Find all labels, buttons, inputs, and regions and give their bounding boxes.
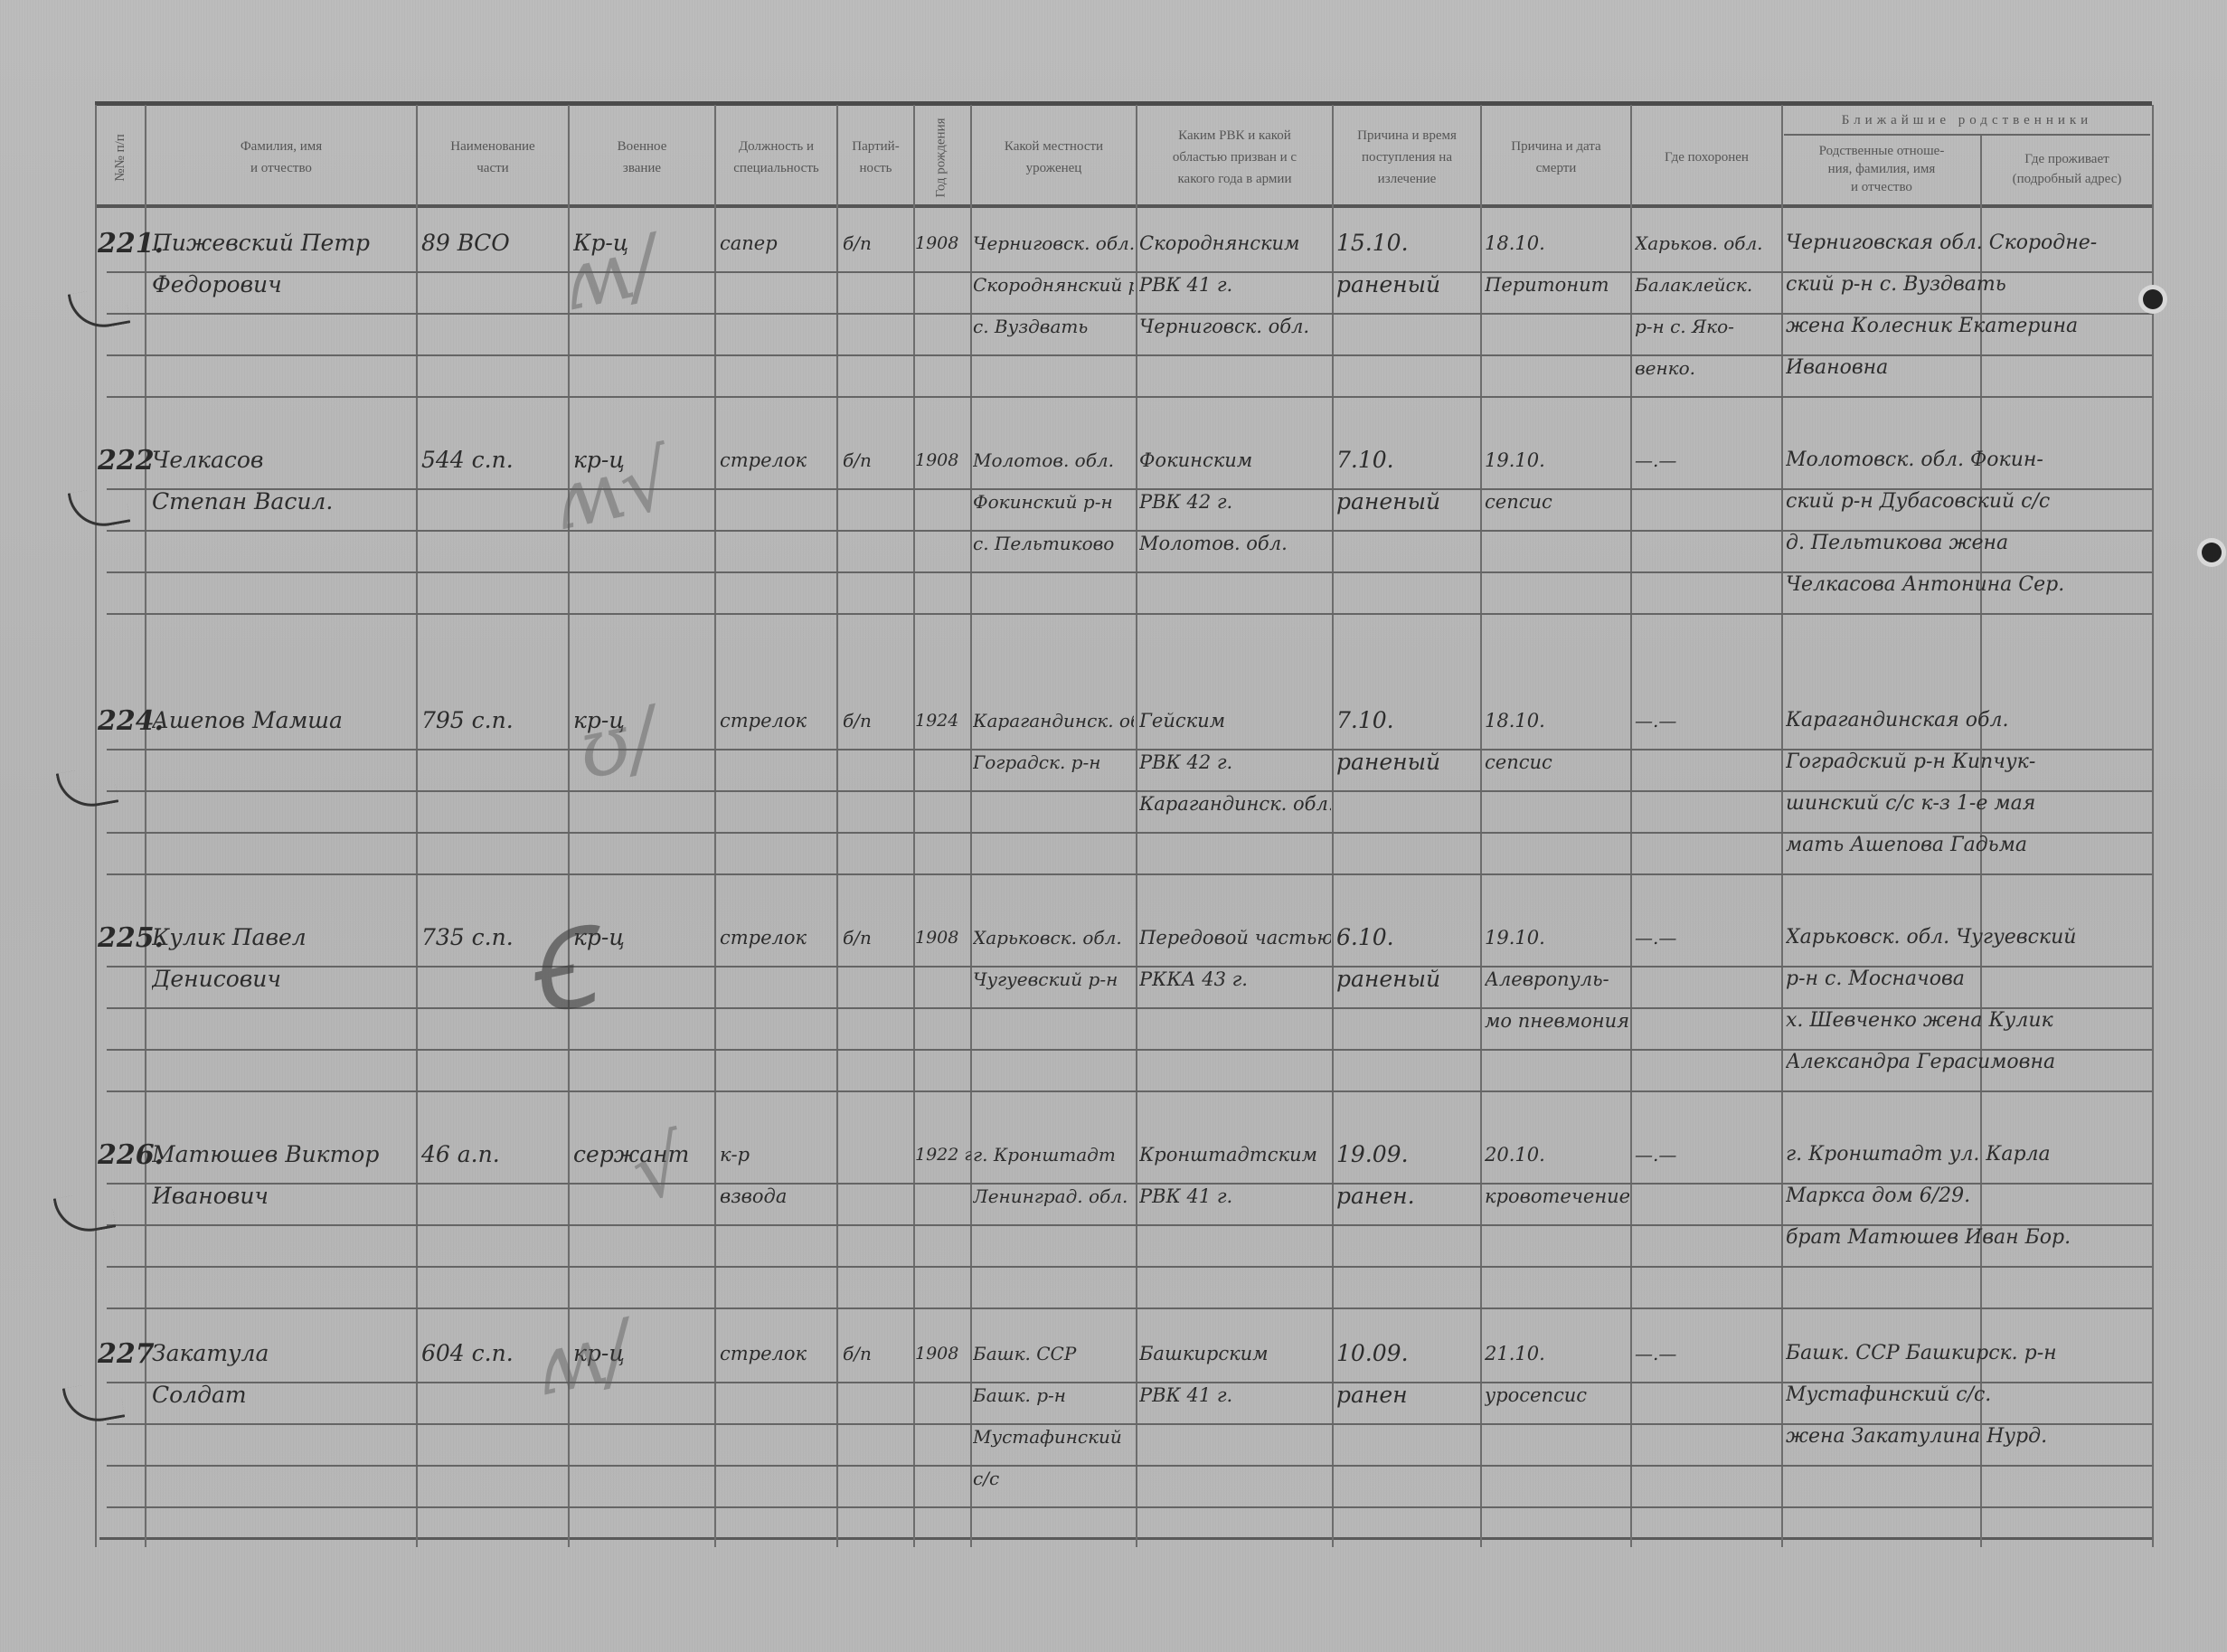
cell-buried: Харьков. обл.Балаклейск.р-н с. Яко-венко… [1635, 222, 1779, 389]
relative-text: д. Пельтикова жена [1786, 523, 2147, 564]
cell-rvk: БашкирскимРВК 41 г. [1139, 1333, 1331, 1416]
rvk-text: Кронштадтским [1139, 1134, 1331, 1175]
admission-text: ранен [1336, 1374, 1479, 1416]
cell-num: 224. [98, 705, 145, 737]
cell-relative: г. Кронштадт ул. КарлаМаркса дом 6/29.бр… [1786, 1134, 2147, 1259]
cell-death: 20.10.кровотечение [1485, 1134, 1629, 1217]
unit-text: 89 ВСО [421, 222, 566, 264]
relative-text: Мустафинский с/с. [1786, 1374, 2147, 1416]
birthplace-text: Башк. ССР [973, 1333, 1134, 1374]
birthplace-text: Башк. р-н [973, 1374, 1134, 1416]
birthplace-text: Ленинград. обл. [973, 1175, 1134, 1217]
death-text: кровотечение [1485, 1175, 1629, 1217]
rvk-text: Молотов. обл. [1139, 523, 1331, 564]
cell-num: 221. [98, 228, 145, 260]
column-divider [1781, 105, 1783, 1547]
cell-admission: 15.10.раненый [1336, 222, 1479, 306]
rvk-text: Черниговск. обл. [1139, 306, 1331, 347]
birth-year-text: 1908 [915, 439, 971, 481]
party-text: б/п [843, 700, 911, 741]
relative-text: Маркса дом 6/29. [1786, 1175, 2147, 1217]
cell-death: 18.10.сепсис [1485, 700, 1629, 783]
cell-buried: —.— [1635, 1333, 1779, 1374]
cell-buried: —.— [1635, 439, 1779, 481]
party-text: б/п [843, 439, 911, 481]
cell-admission: 19.09.ранен. [1336, 1134, 1479, 1217]
cell-position: сапер [720, 222, 835, 264]
column-divider [1480, 105, 1482, 1547]
cell-buried: —.— [1635, 1134, 1779, 1175]
cell-name: Матюшев ВикторИванович [152, 1134, 416, 1217]
document-sheet: №№ п/п Фамилия, имя и отчество Наименова… [0, 0, 2227, 1652]
pencil-checkmark: √ [624, 1117, 694, 1221]
rvk-text: Карагандинск. обл. [1139, 783, 1331, 825]
column-divider [2152, 105, 2154, 1547]
relative-text: мать Ашепова Гадьма [1786, 825, 2147, 866]
column-divider [970, 105, 972, 1547]
ruled-line [107, 613, 2152, 615]
cell-relative: Башк. ССР Башкирск. р-нМустафинский с/с.… [1786, 1333, 2147, 1458]
birth-year-text: 1908 [915, 1333, 971, 1374]
rvk-text: РККА 43 г. [1139, 958, 1331, 1000]
cell-position: к-рвзвода [720, 1134, 835, 1217]
relative-text: Карагандинская обл. [1786, 700, 2147, 741]
position-text: стрелок [720, 439, 835, 481]
name-text: Закатула [152, 1333, 416, 1374]
rvk-text: Башкирским [1139, 1333, 1331, 1374]
relative-text: Харьковск. обл. Чугуевский [1786, 917, 2147, 958]
death-text: Перитонит [1485, 264, 1629, 306]
admission-text: раненый [1336, 481, 1479, 523]
header-admission: Причина и время поступления на излечение [1334, 112, 1480, 203]
pencil-signature: Ꞓ [510, 890, 606, 1048]
cell-relative: Карагандинская обл.Гоградский р-н Кипчук… [1786, 700, 2147, 866]
position-text: стрелок [720, 917, 835, 958]
relative-text: Черниговская обл. Скородне- [1786, 222, 2147, 264]
relative-text: брат Матюшев Иван Бор. [1786, 1217, 2147, 1259]
rvk-text: Передовой частью [1139, 917, 1331, 958]
death-text: сепсис [1485, 481, 1629, 523]
cell-rank: кр-ц [573, 917, 712, 958]
party-text: б/п [843, 1333, 911, 1374]
cell-relative: Харьковск. обл. Чугуевскийр-н с. Мосначо… [1786, 917, 2147, 1083]
birth-year-text: 1908 [915, 917, 971, 958]
cell-name: Кулик ПавелДенисович [152, 917, 416, 1000]
name-text: Федорович [152, 264, 416, 306]
cell-num: 222 [98, 445, 145, 477]
column-divider [1332, 105, 1334, 1547]
cell-unit: 46 а.п. [421, 1134, 566, 1175]
cell-position: стрелок [720, 700, 835, 741]
cell-birthplace: Карагандинск. обл.Гоградск. р-н [973, 700, 1134, 783]
cell-party [843, 1134, 911, 1175]
relative-text: Александра Герасимовна [1786, 1042, 2147, 1083]
buried-text: —.— [1635, 700, 1779, 741]
column-divider [145, 105, 146, 1547]
rvk-text: РВК 41 г. [1139, 1374, 1331, 1416]
admission-text: 15.10. [1336, 222, 1479, 264]
rvk-text: РВК 41 г. [1139, 1175, 1331, 1217]
cell-death: 21.10.уросепсис [1485, 1333, 1629, 1416]
cell-rvk: СкороднянскимРВК 41 г.Черниговск. обл. [1139, 222, 1331, 347]
party-text: б/п [843, 222, 911, 264]
cell-party: б/п [843, 222, 911, 264]
cell-name: ЗакатулаСолдат [152, 1333, 416, 1416]
cell-admission: 6.10.раненый [1336, 917, 1479, 1000]
death-text: 18.10. [1485, 222, 1629, 264]
cell-name: Пижевский ПетрФедорович [152, 222, 416, 306]
header-bottom-rule [95, 204, 2152, 208]
rvk-text: Скороднянским [1139, 222, 1331, 264]
birthplace-text: Карагандинск. обл. [973, 700, 1134, 741]
death-text: сепсис [1485, 741, 1629, 783]
admission-text: 19.09. [1336, 1134, 1479, 1175]
header-relative: Родственные отноше- ния, фамилия, имя и … [1783, 136, 1980, 203]
relative-text: Башк. ССР Башкирск. р-н [1786, 1333, 2147, 1374]
birth-year-text: 1922 г. [915, 1134, 971, 1175]
birthplace-text: г. Кронштадт [973, 1134, 1134, 1175]
cell-name: Ашепов Мамша [152, 700, 416, 741]
admission-text: 7.10. [1336, 700, 1479, 741]
header-rank: Военное звание [570, 112, 714, 203]
buried-text: Балаклейск. [1635, 264, 1779, 306]
birthplace-text: Скороднянский р-н [973, 264, 1134, 306]
unit-text: 795 с.п. [421, 700, 566, 741]
cell-name: ЧелкасовСтепан Васил. [152, 439, 416, 523]
unit-text: 46 а.п. [421, 1134, 566, 1175]
cell-birthplace: г. КронштадтЛенинград. обл. [973, 1134, 1134, 1217]
ruled-line [107, 873, 2152, 875]
column-divider [1136, 105, 1137, 1547]
buried-text: —.— [1635, 917, 1779, 958]
cell-unit: 795 с.п. [421, 700, 566, 741]
header-birthplace: Какой местности уроженец [972, 112, 1136, 203]
name-text: Солдат [152, 1374, 416, 1416]
rvk-text: Гейским [1139, 700, 1331, 741]
birthplace-text: с. Пельтиково [973, 523, 1134, 564]
cell-birthplace: Молотов. обл.Фокинский р-нс. Пельтиково [973, 439, 1134, 564]
column-divider [416, 105, 418, 1547]
cell-admission: 7.10.раненый [1336, 700, 1479, 783]
admission-text: раненый [1336, 741, 1479, 783]
header-relatives-group: Ближайшие родственники [1784, 107, 2150, 136]
cell-relative: Черниговская обл. Скородне-ский р-н с. В… [1786, 222, 2147, 389]
table-top-rule [95, 101, 2152, 106]
rvk-text: РВК 41 г. [1139, 264, 1331, 306]
relative-text: х. Шевченко жена Кулик [1786, 1000, 2147, 1042]
ruled-line [107, 1090, 2152, 1092]
admission-text: 6.10. [1336, 917, 1479, 958]
relative-text: Молотовск. обл. Фокин- [1786, 439, 2147, 481]
cell-birth-year: 1908 [915, 917, 971, 958]
tick-mark [62, 1379, 126, 1427]
relative-text: Ивановна [1786, 347, 2147, 389]
column-divider [913, 105, 915, 1547]
cell-party: б/п [843, 1333, 911, 1374]
tick-mark [68, 484, 131, 532]
cell-party: б/п [843, 439, 911, 481]
birthplace-text: Молотов. обл. [973, 439, 1134, 481]
cell-birthplace: Башк. ССРБашк. р-нМустафинскийс/с [973, 1333, 1134, 1499]
rank-text: кр-ц [573, 917, 712, 958]
cell-birth-year: 1924 [915, 700, 971, 741]
birthplace-text: Чугуевский р-н [973, 958, 1134, 1000]
cell-rvk: ГейскимРВК 42 г.Карагандинск. обл. [1139, 700, 1331, 825]
birthplace-text: Харьковск. обл. [973, 917, 1134, 958]
cell-num: 225. [98, 922, 145, 954]
relative-text: жена Закатулина Нурд. [1786, 1416, 2147, 1458]
cell-position: стрелок [720, 439, 835, 481]
buried-text: р-н с. Яко- [1635, 306, 1779, 347]
cell-admission: 10.09.ранен [1336, 1333, 1479, 1416]
tick-mark [53, 1189, 117, 1237]
header-address: Где проживает (подробный адрес) [1982, 136, 2152, 203]
cell-death: 18.10.Перитонит [1485, 222, 1629, 306]
relative-text: шинский с/с к-з 1-е мая [1786, 783, 2147, 825]
name-text: Челкасов [152, 439, 416, 481]
cell-birthplace: Черниговск. обл.Скороднянский р-нс. Вузд… [973, 222, 1134, 347]
cell-birth-year: 1908 [915, 222, 971, 264]
table-bottom-rule [99, 1537, 2152, 1540]
header-unit: Наименование части [418, 112, 568, 203]
header-party: Партий- ность [838, 112, 913, 203]
party-text [843, 1134, 911, 1175]
ruled-line [107, 1307, 2152, 1309]
binding-hole [2202, 543, 2222, 562]
name-text: Пижевский Петр [152, 222, 416, 264]
cell-birthplace: Харьковск. обл.Чугуевский р-н [973, 917, 1134, 1000]
header-death: Причина и дата смерти [1482, 112, 1630, 203]
name-text: Матюшев Виктор [152, 1134, 416, 1175]
name-text: Кулик Павел [152, 917, 416, 958]
header-rvk: Каким РВК и какой областью призван и с к… [1137, 112, 1332, 203]
ruled-line [107, 1506, 2152, 1508]
pencil-signature: ʍ/ [552, 217, 666, 330]
buried-text: Харьков. обл. [1635, 222, 1779, 264]
birthplace-text: Черниговск. обл. [973, 222, 1134, 264]
header-birth-year: Год рождения [913, 112, 970, 203]
rvk-text: Фокинским [1139, 439, 1331, 481]
header-name: Фамилия, имя и отчество [146, 112, 416, 203]
death-text: мо пневмония. [1485, 1000, 1629, 1042]
relative-text: Челкасова Антонина Сер. [1786, 564, 2147, 606]
header-position: Должность и специальность [716, 112, 836, 203]
name-text: Денисович [152, 958, 416, 1000]
birth-year-text: 1908 [915, 222, 971, 264]
cell-buried: —.— [1635, 917, 1779, 958]
admission-text: ранен. [1336, 1175, 1479, 1217]
cell-buried: —.— [1635, 700, 1779, 741]
buried-text: —.— [1635, 1333, 1779, 1374]
buried-text: —.— [1635, 1134, 1779, 1175]
num-text: 227 [98, 1338, 155, 1370]
cell-party: б/п [843, 917, 911, 958]
position-text: взвода [720, 1175, 835, 1217]
cell-death: 19.10.Алевропуль-мо пневмония. [1485, 917, 1629, 1042]
cell-party: б/п [843, 700, 911, 741]
admission-text: 10.09. [1336, 1333, 1479, 1374]
cell-position: стрелок [720, 1333, 835, 1374]
relative-text: ский р-н Дубасовский с/с [1786, 481, 2147, 523]
relative-text: Гоградский р-н Кипчук- [1786, 741, 2147, 783]
admission-text: раненый [1336, 264, 1479, 306]
position-text: к-р [720, 1134, 835, 1175]
death-text: 19.10. [1485, 917, 1629, 958]
relative-text: жена Колесник Екатерина [1786, 306, 2147, 347]
cell-num: 227 [98, 1338, 145, 1370]
cell-birth-year: 1922 г. [915, 1134, 971, 1175]
cell-birth-year: 1908 [915, 439, 971, 481]
pencil-signature: ʍ/ [524, 1302, 639, 1415]
relative-text: г. Кронштадт ул. Карла [1786, 1134, 2147, 1175]
cell-relative: Молотовск. обл. Фокин-ский р-н Дубасовск… [1786, 439, 2147, 606]
position-text: стрелок [720, 1333, 835, 1374]
column-divider [1630, 105, 1632, 1547]
birthplace-text: с. Вуздвать [973, 306, 1134, 347]
birthplace-text: Фокинский р-н [973, 481, 1134, 523]
header-num: №№ п/п [96, 112, 145, 203]
rvk-text: РВК 42 г. [1139, 481, 1331, 523]
position-text: сапер [720, 222, 835, 264]
birthplace-text: Мустафинский [973, 1416, 1134, 1458]
admission-text: 7.10. [1336, 439, 1479, 481]
death-text: 20.10. [1485, 1134, 1629, 1175]
admission-text: раненый [1336, 958, 1479, 1000]
cell-num: 226. [98, 1139, 145, 1171]
buried-text: —.— [1635, 439, 1779, 481]
name-text: Ашепов Мамша [152, 700, 416, 741]
num-text: 222 [98, 445, 155, 477]
ruled-line [107, 1266, 2152, 1268]
tick-mark [56, 764, 119, 812]
relative-text: ский р-н с. Вуздвать [1786, 264, 2147, 306]
cell-birth-year: 1908 [915, 1333, 971, 1374]
column-divider [714, 105, 716, 1547]
death-text: уросепсис [1485, 1374, 1629, 1416]
birthplace-text: Гоградск. р-н [973, 741, 1134, 783]
binding-hole [2143, 289, 2163, 309]
birthplace-text: с/с [973, 1458, 1134, 1499]
ruled-line [107, 396, 2152, 398]
death-text: 18.10. [1485, 700, 1629, 741]
death-text: Алевропуль- [1485, 958, 1629, 1000]
death-text: 19.10. [1485, 439, 1629, 481]
name-text: Иванович [152, 1175, 416, 1217]
birth-year-text: 1924 [915, 700, 971, 741]
header-buried: Где похоронен [1632, 112, 1781, 203]
cell-admission: 7.10.раненый [1336, 439, 1479, 523]
rvk-text: РВК 42 г. [1139, 741, 1331, 783]
position-text: стрелок [720, 700, 835, 741]
cell-position: стрелок [720, 917, 835, 958]
cell-rvk: Передовой частьюРККА 43 г. [1139, 917, 1331, 1000]
relative-text: р-н с. Мосначова [1786, 958, 2147, 1000]
cell-rvk: КронштадтскимРВК 41 г. [1139, 1134, 1331, 1217]
party-text: б/п [843, 917, 911, 958]
tick-mark [68, 285, 131, 333]
cell-death: 19.10.сепсис [1485, 439, 1629, 523]
column-divider [836, 105, 838, 1547]
cell-rvk: ФокинскимРВК 42 г.Молотов. обл. [1139, 439, 1331, 564]
name-text: Степан Васил. [152, 481, 416, 523]
cell-unit: 89 ВСО [421, 222, 566, 264]
death-text: 21.10. [1485, 1333, 1629, 1374]
buried-text: венко. [1635, 347, 1779, 389]
